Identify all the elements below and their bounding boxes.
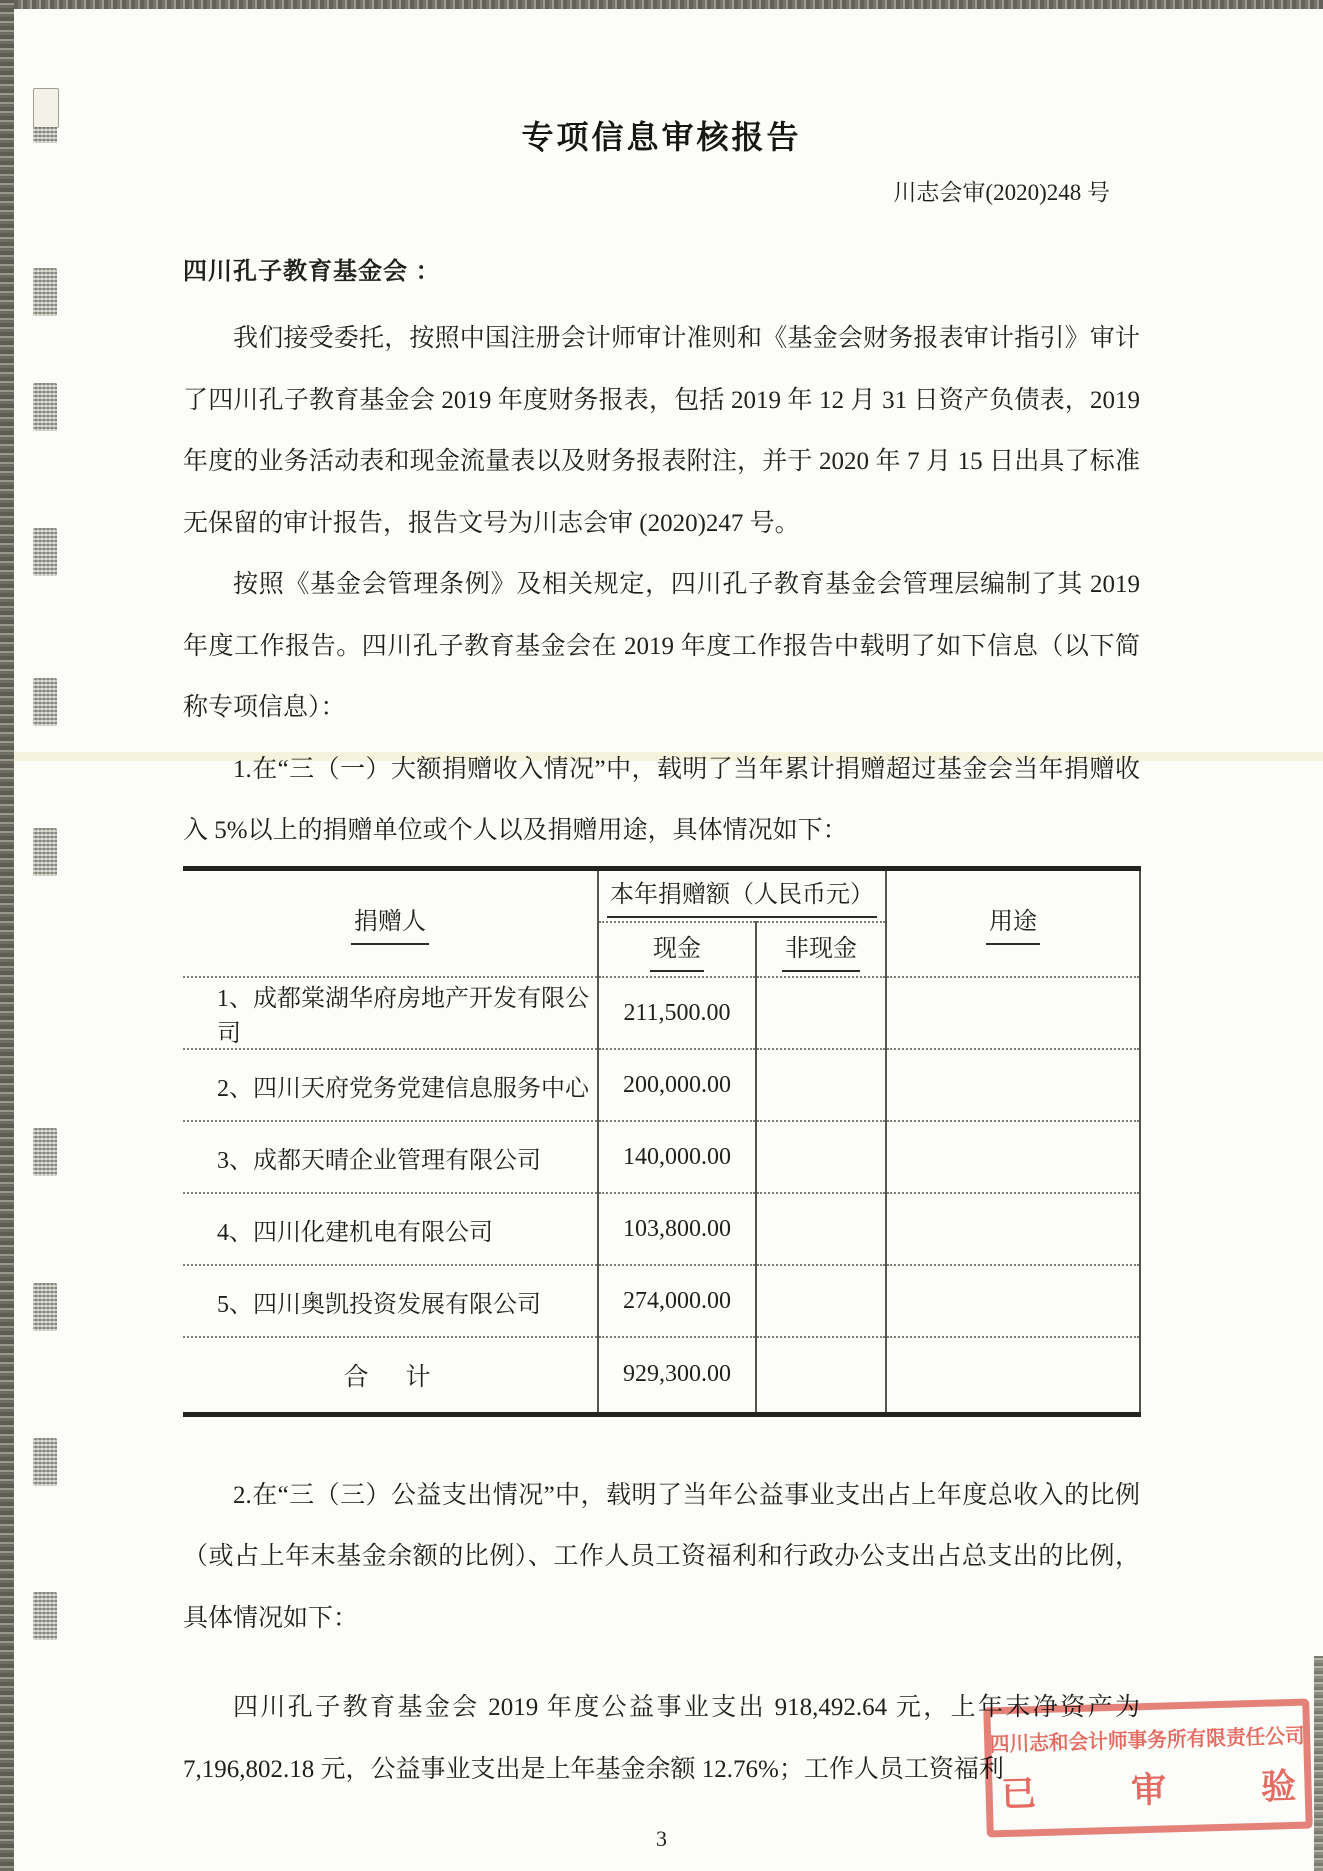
addressee-line: 四川孔子教育基金会 ： <box>183 251 1140 286</box>
noncash-amount <box>756 977 886 1049</box>
table-row: 4、四川化建机电有限公司 103,800.00 <box>183 1193 1140 1265</box>
cash-amount: 211,500.00 <box>598 977 756 1049</box>
donor-name: 3、成都天晴企业管理有限公司 <box>183 1121 598 1193</box>
paragraph-item1-donations: 1.在“三（一）大额捐赠收入情况”中，载明了当年累计捐赠超过基金会当年捐赠收入 … <box>183 739 1140 862</box>
noncash-amount <box>756 1193 886 1265</box>
scanned-page: 专项信息审核报告 川志会审(2020)248 号 四川孔子教育基金会 ： 我们接… <box>0 0 1323 1871</box>
column-header-purpose: 用途 <box>886 868 1140 977</box>
binding-mark <box>33 528 57 576</box>
audit-stamp: 四川志和会计师事务所有限责任公司 已 审 验 <box>983 1698 1313 1837</box>
donor-name: 2、四川天府党务党建信息服务中心 <box>183 1049 598 1121</box>
noncash-amount <box>756 1121 886 1193</box>
noncash-amount <box>756 1265 886 1337</box>
binding-mark <box>33 678 57 726</box>
cash-amount: 103,800.00 <box>598 1193 756 1265</box>
binding-mark <box>33 268 57 316</box>
scan-edge-left <box>0 0 14 1871</box>
binding-mark <box>33 1128 57 1176</box>
binding-mark <box>33 828 57 876</box>
column-header-donor: 捐赠人 <box>183 868 598 977</box>
body-text: 我们接受委托，按照中国注册会计师审计准则和《基金会财务报表审计指引》审计了四川孔… <box>183 308 1140 862</box>
table-row: 3、成都天晴企业管理有限公司 140,000.00 <box>183 1121 1140 1193</box>
binding-mark <box>33 1438 57 1486</box>
cash-amount: 200,000.00 <box>598 1049 756 1121</box>
purpose-cell <box>886 977 1140 1049</box>
binding-mark <box>33 127 57 143</box>
audit-stamp-verified-text: 已 审 验 <box>970 1758 1323 1818</box>
cash-amount: 274,000.00 <box>598 1265 756 1337</box>
paragraph-audit-engagement: 我们接受委托，按照中国注册会计师审计准则和《基金会财务报表审计指引》审计了四川孔… <box>183 308 1140 554</box>
noncash-amount <box>756 1049 886 1121</box>
binding-mark <box>33 383 57 431</box>
purpose-cell <box>886 1265 1140 1337</box>
column-header-cash: 现金 <box>598 922 756 977</box>
column-header-amount-group: 本年捐赠额（人民币元） <box>598 868 886 922</box>
column-header-noncash: 非现金 <box>756 922 886 977</box>
purpose-cell <box>886 1049 1140 1121</box>
donor-name: 4、四川化建机电有限公司 <box>183 1193 598 1265</box>
purpose-cell <box>886 1193 1140 1265</box>
binding-mark <box>33 1592 57 1640</box>
total-cash-amount: 929,300.00 <box>598 1337 756 1414</box>
donor-name: 1、成都棠湖华府房地产开发有限公司 <box>183 977 598 1049</box>
page-title: 专项信息审核报告 <box>183 112 1140 158</box>
table-total-row: 合 计 929,300.00 <box>183 1337 1140 1414</box>
paragraph-annual-report: 按照《基金会管理条例》及相关规定，四川孔子教育基金会管理层编制了其 2019 年… <box>183 554 1140 739</box>
table-row: 1、成都棠湖华府房地产开发有限公司 211,500.00 <box>183 977 1140 1049</box>
donation-table: 捐赠人 本年捐赠额（人民币元） 用途 现金 非现金 <box>183 866 1141 1417</box>
table-row: 5、四川奥凯投资发展有限公司 274,000.00 <box>183 1265 1140 1337</box>
cash-amount: 140,000.00 <box>598 1121 756 1193</box>
purpose-cell <box>886 1121 1140 1193</box>
total-label: 合 计 <box>183 1337 598 1414</box>
audit-stamp-firm-name: 四川志和会计师事务所有限责任公司 <box>989 1719 1305 1758</box>
document-number: 川志会审(2020)248 号 <box>183 174 1140 207</box>
donor-name: 5、四川奥凯投资发展有限公司 <box>183 1265 598 1337</box>
binding-mark <box>33 88 59 128</box>
table-row: 2、四川天府党务党建信息服务中心 200,000.00 <box>183 1049 1140 1121</box>
binding-mark <box>33 1283 57 1331</box>
total-purpose-cell <box>886 1337 1140 1414</box>
paragraph-item2-expenditure: 2.在“三（三）公益支出情况”中，载明了当年公益事业支出占上年度总收入的比例（或… <box>183 1465 1140 1650</box>
document-content: 专项信息审核报告 川志会审(2020)248 号 四川孔子教育基金会 ： 我们接… <box>183 0 1140 1852</box>
total-noncash-cell <box>756 1337 886 1414</box>
